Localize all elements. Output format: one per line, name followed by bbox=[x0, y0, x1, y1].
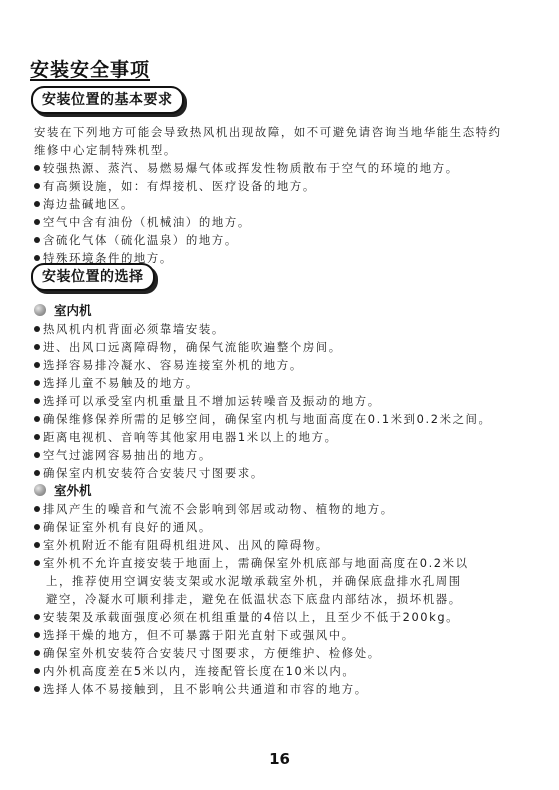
list-item-text: 热风机内机背面必须靠墙安装。 bbox=[43, 322, 225, 336]
list-item-text: 进、出风口远离障碍物，确保气流能吹遍整个房间。 bbox=[43, 340, 342, 354]
page-number: 16 bbox=[0, 750, 559, 768]
list-item-text: 较强热源、蒸汽、易燃易爆气体或挥发性物质散布于空气的环境的地方。 bbox=[43, 161, 459, 175]
list-item: 选择人体不易接触到，且不影响公共通道和市容的地方。 bbox=[34, 682, 368, 697]
bullet-icon bbox=[34, 183, 40, 189]
list-item: 排风产生的噪音和气流不会影响到邻居或动物、植物的地方。 bbox=[34, 502, 394, 517]
list-item: 室外机附近不能有阻碍机组进风、出风的障碍物。 bbox=[34, 538, 329, 553]
list-item: 确保室内机安装符合安装尺寸图要求。 bbox=[34, 466, 264, 481]
bullet-icon bbox=[34, 524, 40, 530]
list-item: 选择干燥的地方，但不可暴露于阳光直射下或强风中。 bbox=[34, 628, 355, 643]
list-item: 安装架及承载面强度必须在机组重量的4倍以上，且至少不低于200kg。 bbox=[34, 610, 459, 625]
list-item: 空气中含有油份（机械油）的地方。 bbox=[34, 215, 251, 230]
bullet-icon bbox=[34, 542, 40, 548]
list-item-text: 选择容易排冷凝水、容易连接室外机的地方。 bbox=[43, 358, 303, 372]
list-item: 确保维修保养所需的足够空间，确保室内机与地面高度在0.1米到0.2米之间。 bbox=[34, 412, 492, 427]
list-item-text: 确保室外机安装符合安装尺寸图要求，方便维护、检修处。 bbox=[43, 646, 381, 660]
bullet-icon bbox=[34, 344, 40, 350]
list-item-text: 含硫化气体（硫化温泉）的地方。 bbox=[43, 233, 238, 247]
sub-heading-label: 室外机 bbox=[54, 483, 92, 498]
list-item-text: 海边盐碱地区。 bbox=[43, 197, 134, 211]
list-item: 选择可以承受室内机重量且不增加运转噪音及振动的地方。 bbox=[34, 394, 381, 409]
section-heading-location-selection: 安装位置的选择 bbox=[31, 263, 155, 291]
list-item-text: 确保维修保养所需的足够空间，确保室内机与地面高度在0.1米到0.2米之间。 bbox=[43, 412, 492, 426]
bullet-icon bbox=[34, 668, 40, 674]
bullet-icon bbox=[34, 398, 40, 404]
bullet-icon bbox=[34, 380, 40, 386]
list-item: 选择儿童不易触及的地方。 bbox=[34, 376, 199, 391]
list-item-continuation: 避空，冷凝水可顺利排走，避免在低温状态下底盘内部结冰，损坏机器。 bbox=[46, 592, 462, 607]
list-item: 热风机内机背面必须靠墙安装。 bbox=[34, 322, 225, 337]
list-item-text: 距离电视机、音响等其他家用电器1米以上的地方。 bbox=[43, 430, 338, 444]
list-item-text: 确保证室外机有良好的通风。 bbox=[43, 520, 212, 534]
list-item-text: 选择可以承受室内机重量且不增加运转噪音及振动的地方。 bbox=[43, 394, 381, 408]
bullet-icon bbox=[34, 434, 40, 440]
bullet-icon bbox=[34, 255, 40, 261]
bullet-icon bbox=[34, 506, 40, 512]
list-item: 确保室外机安装符合安装尺寸图要求，方便维护、检修处。 bbox=[34, 646, 381, 661]
list-item: 有高频设施，如：有焊接机、医疗设备的地方。 bbox=[34, 179, 316, 194]
list-item-text: 内外机高度差在5米以内，连接配管长度在10米以内。 bbox=[43, 664, 355, 678]
section-heading-basic-requirements: 安装位置的基本要求 bbox=[31, 86, 184, 114]
bullet-icon bbox=[34, 201, 40, 207]
intro-line: 维修中心定制特殊机型。 bbox=[34, 143, 177, 158]
bullet-icon bbox=[34, 632, 40, 638]
bullet-icon bbox=[34, 362, 40, 368]
gray-sphere-icon bbox=[34, 484, 46, 496]
list-item-text: 确保室内机安装符合安装尺寸图要求。 bbox=[43, 466, 264, 480]
bullet-icon bbox=[34, 416, 40, 422]
sub-heading-label: 室内机 bbox=[54, 303, 92, 318]
list-item: 较强热源、蒸汽、易燃易爆气体或挥发性物质散布于空气的环境的地方。 bbox=[34, 161, 459, 176]
bullet-icon bbox=[34, 165, 40, 171]
bullet-icon bbox=[34, 650, 40, 656]
bullet-icon bbox=[34, 219, 40, 225]
list-item-text: 选择干燥的地方，但不可暴露于阳光直射下或强风中。 bbox=[43, 628, 355, 642]
list-item: 进、出风口远离障碍物，确保气流能吹遍整个房间。 bbox=[34, 340, 342, 355]
list-item: 距离电视机、音响等其他家用电器1米以上的地方。 bbox=[34, 430, 338, 445]
list-item-text: 空气过滤网容易抽出的地方。 bbox=[43, 448, 212, 462]
intro-line: 安装在下列地方可能会导致热风机出现故障，如不可避免请咨询当地华能生态特约 bbox=[34, 125, 502, 140]
bullet-icon bbox=[34, 452, 40, 458]
bullet-icon bbox=[34, 686, 40, 692]
list-item: 选择容易排冷凝水、容易连接室外机的地方。 bbox=[34, 358, 303, 373]
list-item: 室外机不允许直接安装于地面上，需确保室外机底部与地面高度在0.2米以 bbox=[34, 556, 469, 571]
bullet-icon bbox=[34, 560, 40, 566]
gray-sphere-icon bbox=[34, 304, 46, 316]
list-item-text: 选择人体不易接触到，且不影响公共通道和市容的地方。 bbox=[43, 682, 368, 696]
bullet-icon bbox=[34, 470, 40, 476]
list-item: 内外机高度差在5米以内，连接配管长度在10米以内。 bbox=[34, 664, 355, 679]
page-title: 安装安全事项 bbox=[30, 55, 150, 82]
bullet-icon bbox=[34, 614, 40, 620]
sub-heading-indoor-unit: 室内机 bbox=[34, 303, 92, 318]
list-item-text: 室外机不允许直接安装于地面上，需确保室外机底部与地面高度在0.2米以 bbox=[43, 556, 469, 570]
list-item-text: 选择儿童不易触及的地方。 bbox=[43, 376, 199, 390]
list-item-text: 安装架及承载面强度必须在机组重量的4倍以上，且至少不低于200kg。 bbox=[43, 610, 459, 624]
list-item-text: 有高频设施，如：有焊接机、医疗设备的地方。 bbox=[43, 179, 316, 193]
list-item-text: 空气中含有油份（机械油）的地方。 bbox=[43, 215, 251, 229]
bullet-icon bbox=[34, 237, 40, 243]
list-item: 含硫化气体（硫化温泉）的地方。 bbox=[34, 233, 238, 248]
sub-heading-outdoor-unit: 室外机 bbox=[34, 483, 92, 498]
list-item-text: 室外机附近不能有阻碍机组进风、出风的障碍物。 bbox=[43, 538, 329, 552]
list-item-continuation: 上，推荐使用空调安装支架或水泥墩承载室外机，并确保底盘排水孔周围 bbox=[46, 574, 462, 589]
list-item: 确保证室外机有良好的通风。 bbox=[34, 520, 212, 535]
list-item-text: 排风产生的噪音和气流不会影响到邻居或动物、植物的地方。 bbox=[43, 502, 394, 516]
bullet-icon bbox=[34, 326, 40, 332]
list-item: 空气过滤网容易抽出的地方。 bbox=[34, 448, 212, 463]
list-item: 海边盐碱地区。 bbox=[34, 197, 134, 212]
